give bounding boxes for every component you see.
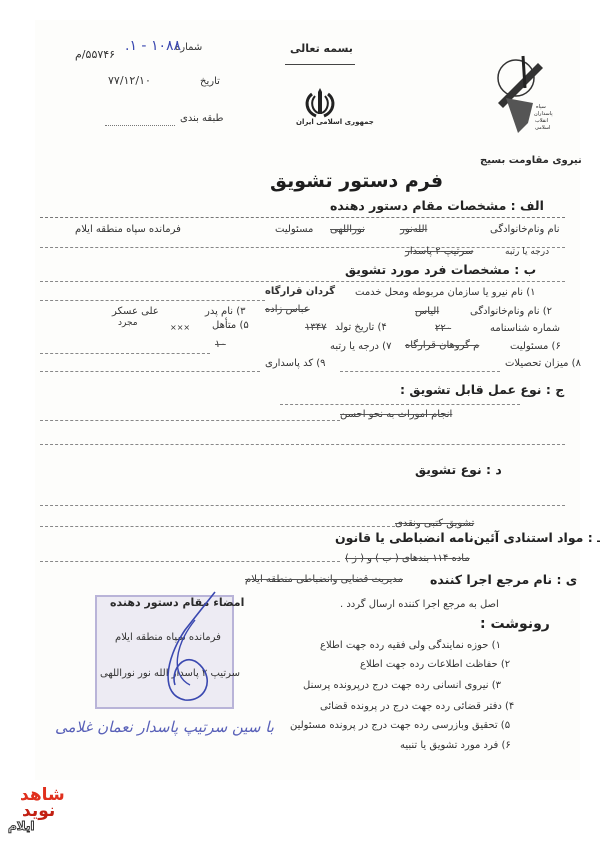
classification-label: طبقه بندی [180,113,223,124]
emblem-caption: جمهوری اسلامی ایران [296,118,374,126]
family-value: نوراللهی [330,224,365,235]
copy-item-5: ۵) تحقیق وبازرسی رده جهت درج در پرونده م… [290,720,510,731]
b-row2-value3: علی عسکر [112,306,159,317]
bismillah: بسمه تعالی [290,42,353,55]
svg-text:اسلامی: اسلامی [535,125,550,131]
watermark-line2: نوید [22,801,55,821]
copy-item-3: ۳) نیروی انسانی رده جهت درج درپرونده پرس… [303,680,501,691]
blank-line [40,526,395,527]
b-row5-label2: ۹) کد پاسداری [265,358,326,369]
blank-line [40,444,565,445]
handwritten-signature-icon [140,590,230,710]
responsibility-value: فرمانده سپاه منطقه ایلام [75,224,181,235]
b-row2-value2: عباس زاده [265,304,310,315]
section-c-heading: ج : نوع عمل قابل تشویق : [400,382,564,397]
responsibility-label: مسئولیت [275,224,313,235]
divider [280,404,520,405]
section-e-heading: هـ : مواد استنادی آئین‌نامه انضباطی یا ق… [335,530,600,545]
name-value: الله‌نور [400,224,427,235]
svg-text:سپاه: سپاه [536,104,546,110]
b-row4-label: ۶) مسئولیت [510,341,561,352]
blank-line [40,561,340,562]
blank-line [40,300,265,301]
blank-line [40,353,210,354]
copy-item-1: ۱) حوزه نمایندگی ولی فقیه رده جهت اطلاع [320,640,501,651]
rank-value: سرتیپ ۲ پاسدار [405,246,473,257]
irgc-logo-icon: سپاه پاسداران انقلاب اسلامی [488,48,558,143]
blank-line [40,420,340,421]
org-name: نیروی مقاومت بسیج [480,155,582,166]
section-f-value: مدیریت قضایی وانضباطی منطقه ایلام [245,574,403,585]
blank-line [40,371,260,372]
section-d-heading: د : نوع تشویق [415,462,502,477]
bismillah-underline [285,64,355,65]
copy-item-6: ۶) فرد مورد تشویق یا تنبیه [400,740,511,751]
blank-line [340,371,500,372]
b-row4-value2: ۱۰ [215,339,226,350]
b-row3-label2: ۴) تاریخ تولد [335,322,387,333]
b-row2-label: ۲) نام ونام‌خانوادگی [470,306,552,317]
b-row3-label3: ۵) متأهل [212,320,249,331]
section-a-heading: الف : مشخصات مقام دستور دهنده [330,198,544,213]
b-row2-label2: ۳) نام پدر [205,306,246,317]
date-value: ۷۷/۱۲/۱۰ [108,74,151,87]
blank-line [40,505,565,506]
b-row3-value2: ۱۳۴۷ [305,322,326,333]
name-label: نام ونام‌خانوادگی [490,224,560,235]
b-row5-label: ۸) میزان تحصیلات [505,358,581,369]
b-row3-label: شماره شناسنامه [490,323,560,334]
b-row3-value: ۲۲۰ [435,323,451,334]
section-c-value: انجام امورات به نحو احسن [340,409,452,420]
watermark-logo: شاهد نوید ایلام [8,785,68,840]
b-row2-value: الیاس [415,306,439,317]
rank-label: درجه یا رتبه [505,247,549,257]
number-handwritten: ۱۰۸۸ - ۱. [125,38,181,54]
form-title: فرم دستور تشویق [270,170,443,192]
section-b-heading: ب : مشخصات فرد مورد تشویق [345,262,536,277]
b-row1-label: ۱) نام نیرو یا سازمان مربوطه ومحل خدمت [355,287,536,298]
divider [40,281,565,282]
divider [40,247,565,248]
handwritten-note: با سین سرتیپ پاسدار نعمان غلامی [55,718,274,736]
section-e-value: ماده ۱۱۴ بندهای ( ب ) و ( ز ) [345,553,470,564]
copies-heading: رونوشت : [480,616,550,632]
svg-text:پاسداران: پاسداران [534,111,553,117]
svg-text:انقلاب: انقلاب [535,118,548,124]
section-d-value: تشویق کتبی ونقدی [395,518,474,529]
b-row3-value3: ××× [170,323,190,332]
date-label: تاریخ [200,76,220,87]
section-f-note: اصل به مرجع اجرا کننده ارسال گردد . [340,599,499,610]
copy-item-4: ۴) دفتر قضائی رده جهت درج در پرونده قضائ… [320,701,514,712]
copy-item-2: ۲) حفاظت اطلاعات رده جهت اطلاع [360,659,510,670]
watermark-line3: ایلام [8,819,35,833]
b-row4-label2: ۷) درجه یا رتبه [330,341,391,352]
b-row4-value: م گروهان قرارگاه [405,340,479,351]
classification-blank [105,125,175,126]
b-row3-value4: مجرد [118,318,138,328]
number-value: ۵۵۷۴۶/م [75,48,115,61]
section-f-heading: ی : نام مرجع اجرا کننده [430,572,577,587]
b-row1-value: گردان قرارگاه [265,286,335,297]
divider [40,217,565,218]
